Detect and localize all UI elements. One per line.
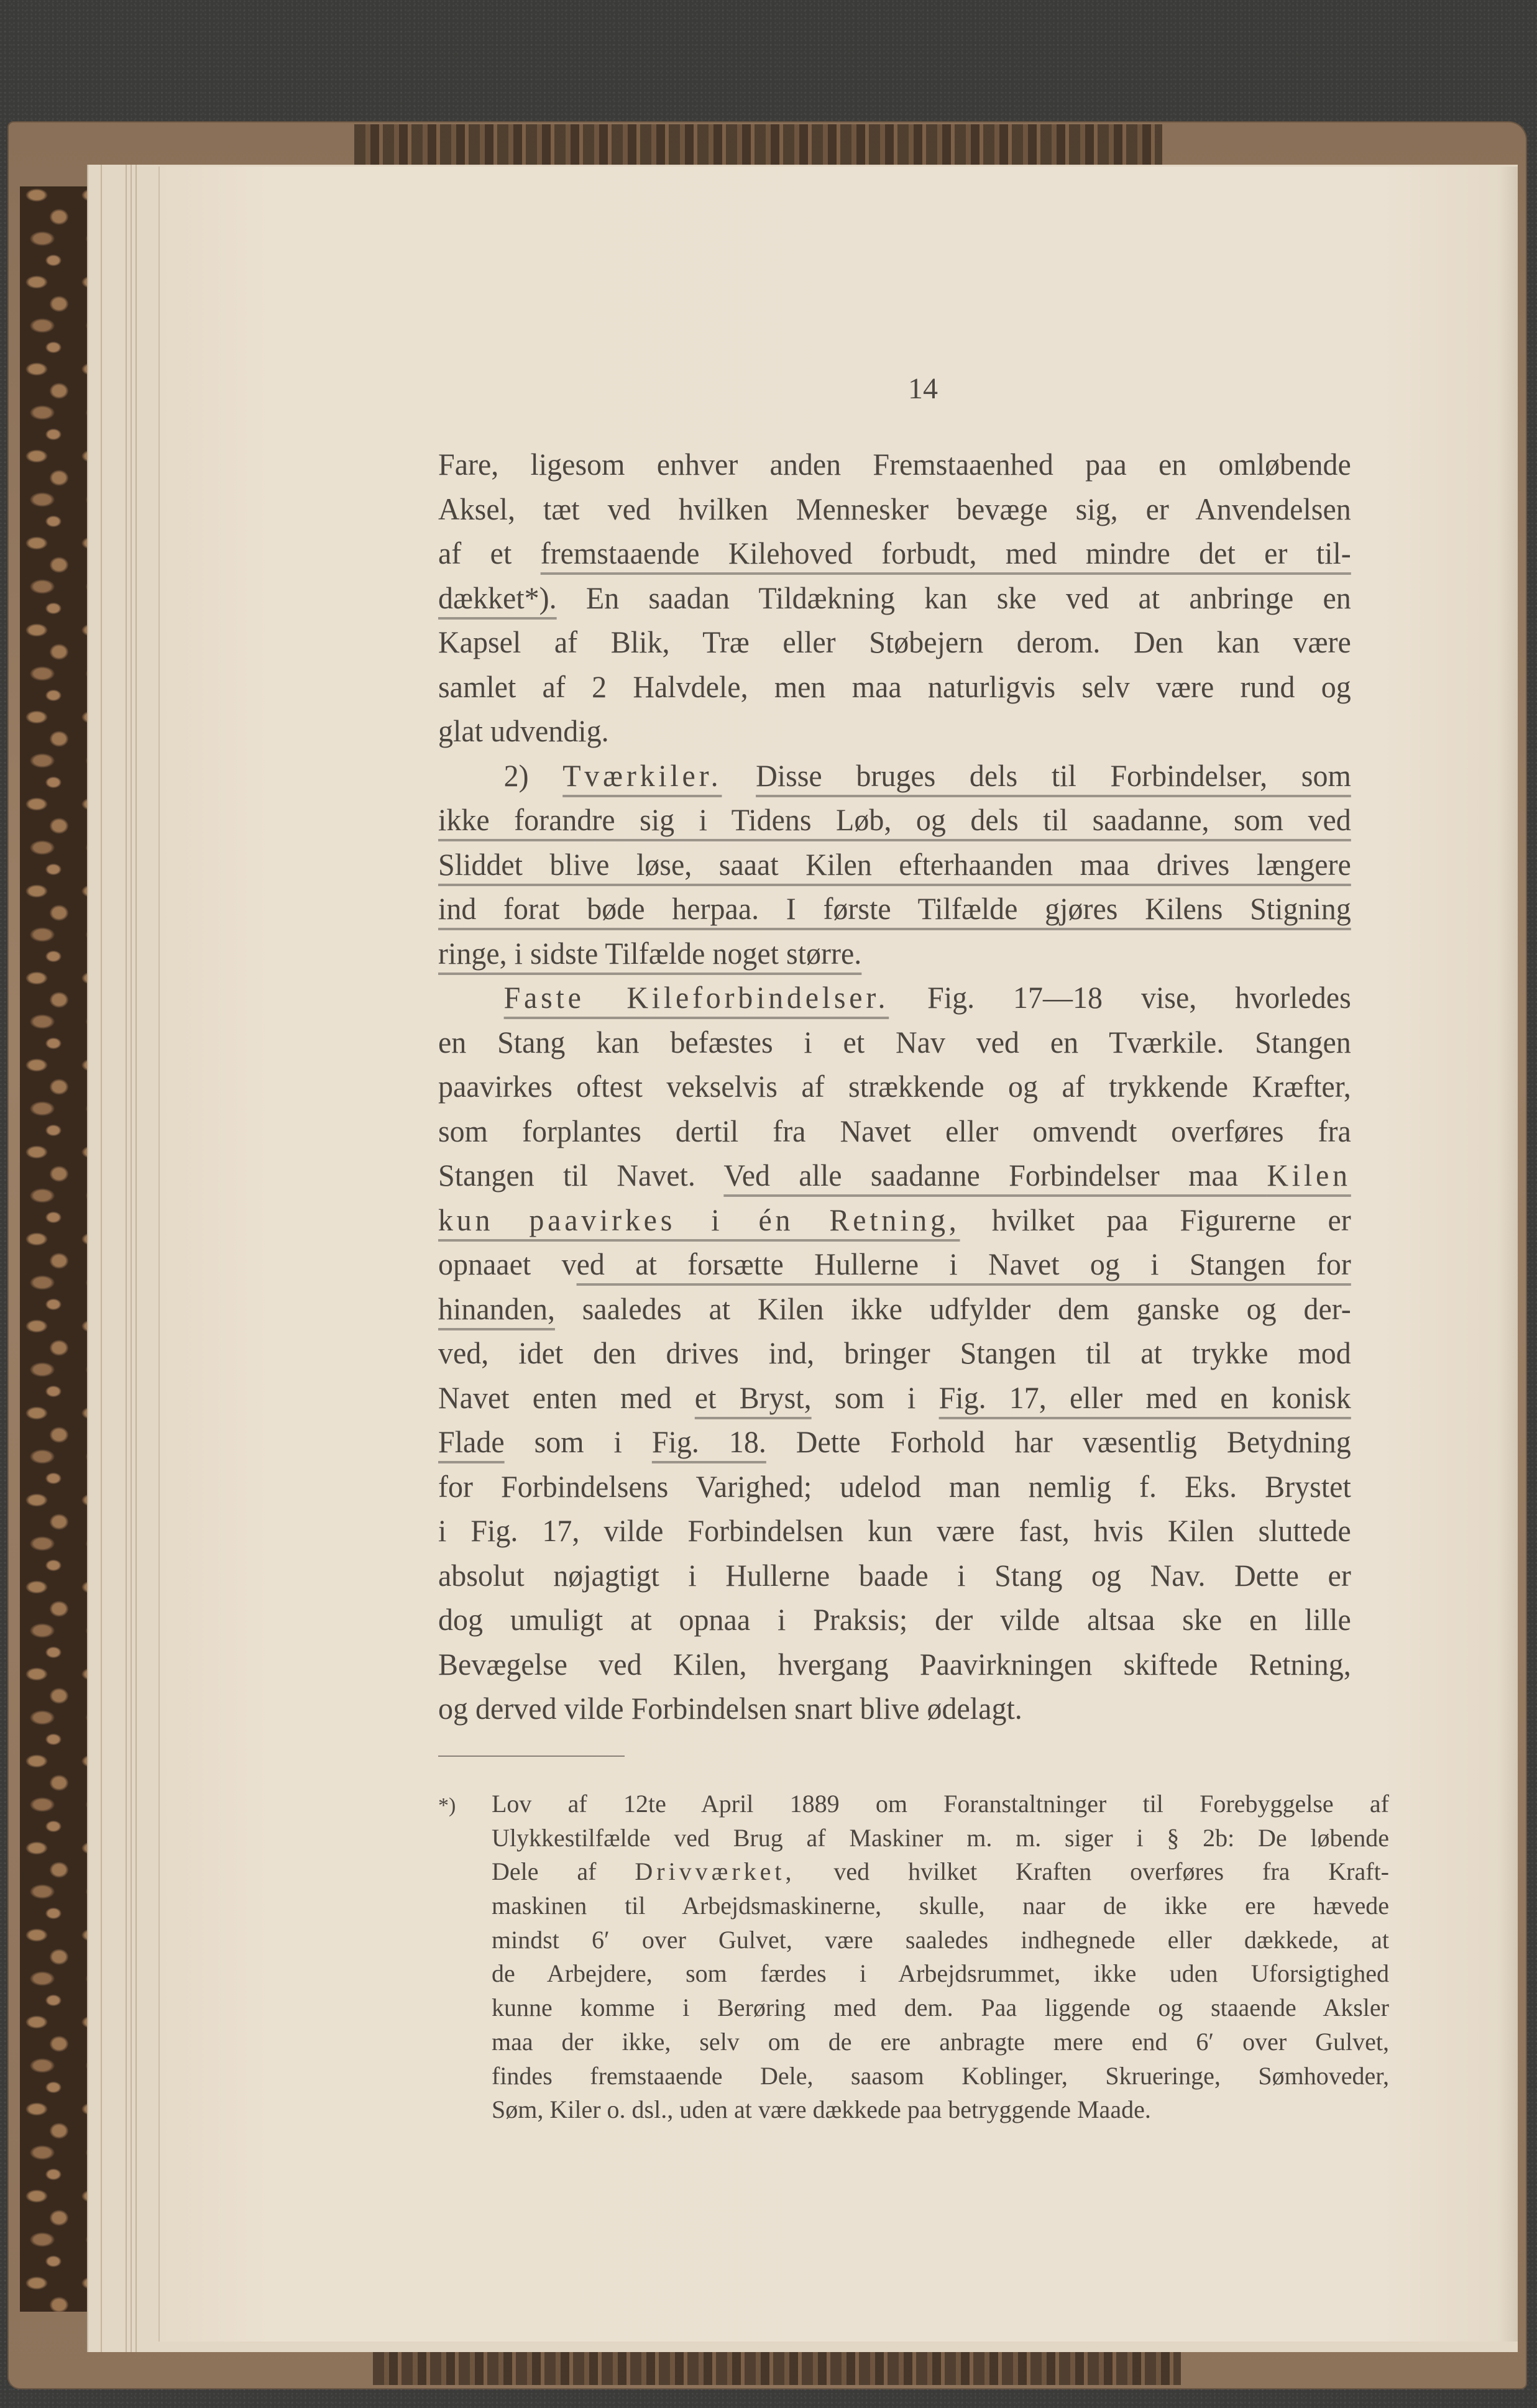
text-line: 2) Tværkiler. Disse bruges dels til Forb… xyxy=(438,754,1351,799)
text-line: samlet af 2 Halvdele, men maa naturligvi… xyxy=(438,665,1351,710)
text-run: ved hvilket Kraften overføres fra Kraft- xyxy=(796,1857,1389,1885)
footnote-line: Ulykkestilfælde ved Brug af Maskiner m. … xyxy=(438,1821,1389,1856)
text-line: Aksel, tæt ved hvilken Mennesker bevæge … xyxy=(438,487,1351,532)
text-line: en Stang kan befæstes i et Nav ved en Tv… xyxy=(438,1020,1351,1065)
footnote-line: Dele af Drivværket, ved hvilket Kraften … xyxy=(438,1855,1389,1889)
footnote-line: findes fremstaaende Dele, saasom Kobling… xyxy=(438,2059,1389,2094)
emphasized-text: Kilen xyxy=(1267,1158,1351,1193)
pencil-underlined-text: fremstaaende Kilehoved forbudt, med mind… xyxy=(541,536,1351,570)
pencil-underlined-text: et Bryst, xyxy=(695,1380,812,1415)
text-run: Fig. 17—18 vise, hvorledes xyxy=(889,980,1351,1015)
page-edge-shadow xyxy=(1499,167,1518,2342)
footnote-marker: *) xyxy=(438,1789,492,1823)
text-line: Fare, ligesom enhver anden Fremstaaenhed… xyxy=(438,442,1351,487)
text-line: paavirkes oftest vekselvis af strækkende… xyxy=(438,1064,1351,1109)
text-run: af et xyxy=(438,536,541,570)
page-number: 14 xyxy=(898,372,948,406)
text-line: Flade som i Fig. 18. Dette Forhold har v… xyxy=(438,1420,1351,1465)
text-line: Navet enten med et Bryst, som i Fig. 17,… xyxy=(438,1376,1351,1421)
pencil-underlined-text: Fig. 17, eller med en konisk xyxy=(939,1380,1351,1415)
text-run: Navet enten med xyxy=(438,1380,695,1415)
text-run: saaledes at Kilen ikke udfylder dem gans… xyxy=(555,1291,1351,1326)
text-line: hinanden, saaledes at Kilen ikke udfylde… xyxy=(438,1287,1351,1332)
page-edge-line xyxy=(126,165,127,2352)
emphasized-text: Drivværket, xyxy=(635,1857,795,1885)
footnote-line: mindst 6′ over Gulvet, være saaledes ind… xyxy=(438,1923,1389,1957)
text-run: Dette Forhold har væsentlig Betydning xyxy=(766,1424,1351,1459)
text-run: 2) xyxy=(504,758,563,793)
footnote-line: kunne komme i Berøring med dem. Paa ligg… xyxy=(438,1991,1389,2025)
text-line: og derved vilde Forbindelsen snart blive… xyxy=(438,1687,1351,1731)
emphasized-text: kun paavirkes i én Retning, xyxy=(438,1202,960,1237)
footnote-line: Søm, Kiler o. dsl., uden at være dækkede… xyxy=(438,2093,1389,2127)
pencil-underlined-text: dækket*). xyxy=(438,580,557,615)
text-line: ikke forandre sig i Tidens Løb, og dels … xyxy=(438,798,1351,843)
text-line: Sliddet blive løse, saaat Kilen efterhaa… xyxy=(438,843,1351,887)
text-line: ind forat bøde herpaa. I første Tilfælde… xyxy=(438,887,1351,932)
text-run: Stangen til Navet. xyxy=(438,1158,723,1193)
body-text: Fare, ligesom enhver anden Fremstaaenhed… xyxy=(438,442,1351,1731)
section-heading-faste-kileforbindelser: Faste Kileforbindelser. xyxy=(504,980,889,1015)
page-edge-line xyxy=(135,165,137,2352)
text-line: ved, idet den drives ind, bringer Stange… xyxy=(438,1331,1351,1376)
pencil-underlined-text: ed at forsætte Hullerne i Navet og i Sta… xyxy=(577,1247,1351,1281)
text-line: i Fig. 17, vilde Forbindelsen kun være f… xyxy=(438,1509,1351,1554)
pencil-underlined-text: Ved alle saadanne Forbindelser maa xyxy=(723,1158,1267,1193)
text-line: for Forbindelsens Varighed; udelod man n… xyxy=(438,1465,1351,1509)
pencil-underlined-text: hinanden, xyxy=(438,1291,555,1326)
text-line: dækket*). En saadan Tildækning kan ske v… xyxy=(438,576,1351,621)
footnote-divider xyxy=(438,1756,625,1757)
text-line: Stangen til Navet. Ved alle saadanne For… xyxy=(438,1153,1351,1198)
page-edge-line xyxy=(131,165,132,2352)
pencil-underlined-text: Disse bruges dels til Forbindelser, som xyxy=(756,758,1351,793)
text-run: hvilket paa Figurerne er xyxy=(960,1202,1351,1237)
text-line: Faste Kileforbindelser. Fig. 17—18 vise,… xyxy=(438,976,1351,1020)
text-line: kun paavirkes i én Retning, hvilket paa … xyxy=(438,1198,1351,1243)
section-heading-tvaerkiler: Tværkiler. xyxy=(562,758,722,793)
cover-band-bottom xyxy=(373,2349,1181,2385)
text-run: En saadan Tildækning kan ske ved at anbr… xyxy=(557,580,1351,615)
footnote-line: de Arbejdere, som færdes i Arbejdsrummet… xyxy=(438,1957,1389,1991)
cover-band-top xyxy=(354,124,1162,168)
footnote: *)Lov af 12te April 1889 om Foranstaltni… xyxy=(438,1787,1389,2127)
text-line: Bevægelse ved Kilen, hvergang Paavirknin… xyxy=(438,1642,1351,1687)
text-run: Dele af xyxy=(492,1857,635,1885)
marbled-spine xyxy=(20,186,87,2312)
text-line: glat udvendig. xyxy=(438,709,1351,754)
footnote-line: *)Lov af 12te April 1889 om Foranstaltni… xyxy=(438,1787,1389,1821)
text-run: som i xyxy=(812,1380,939,1415)
text-line: opnaaet ved at forsætte Hullerne i Navet… xyxy=(438,1242,1351,1287)
text-run: Lov af 12te April 1889 om Foranstaltning… xyxy=(492,1790,1389,1818)
text-run: som i xyxy=(505,1424,652,1459)
footnote-line: maa der ikke, selv om de ere anbragte me… xyxy=(438,2025,1389,2059)
text-line: af et fremstaaende Kilehoved forbudt, me… xyxy=(438,531,1351,576)
text-run xyxy=(722,758,756,793)
text-run: opnaaet v xyxy=(438,1247,577,1281)
text-line: absolut nøjagtigt i Hullerne baade i Sta… xyxy=(438,1554,1351,1598)
text-line: dog umuligt at opnaa i Praksis; der vild… xyxy=(438,1598,1351,1642)
text-line: som forplantes dertil fra Navet eller om… xyxy=(438,1109,1351,1154)
text-line: ringe, i sidste Tilfælde noget større. xyxy=(438,932,1351,976)
page-edge-line xyxy=(101,165,102,2352)
text-line: Kapsel af Blik, Træ eller Støbejern dero… xyxy=(438,620,1351,665)
footnote-line: maskinen til Arbejdsmaskinerne, skulle, … xyxy=(438,1889,1389,1923)
pencil-underlined-text: Flade xyxy=(438,1424,505,1459)
pencil-underlined-text: Fig. 18. xyxy=(652,1424,766,1459)
